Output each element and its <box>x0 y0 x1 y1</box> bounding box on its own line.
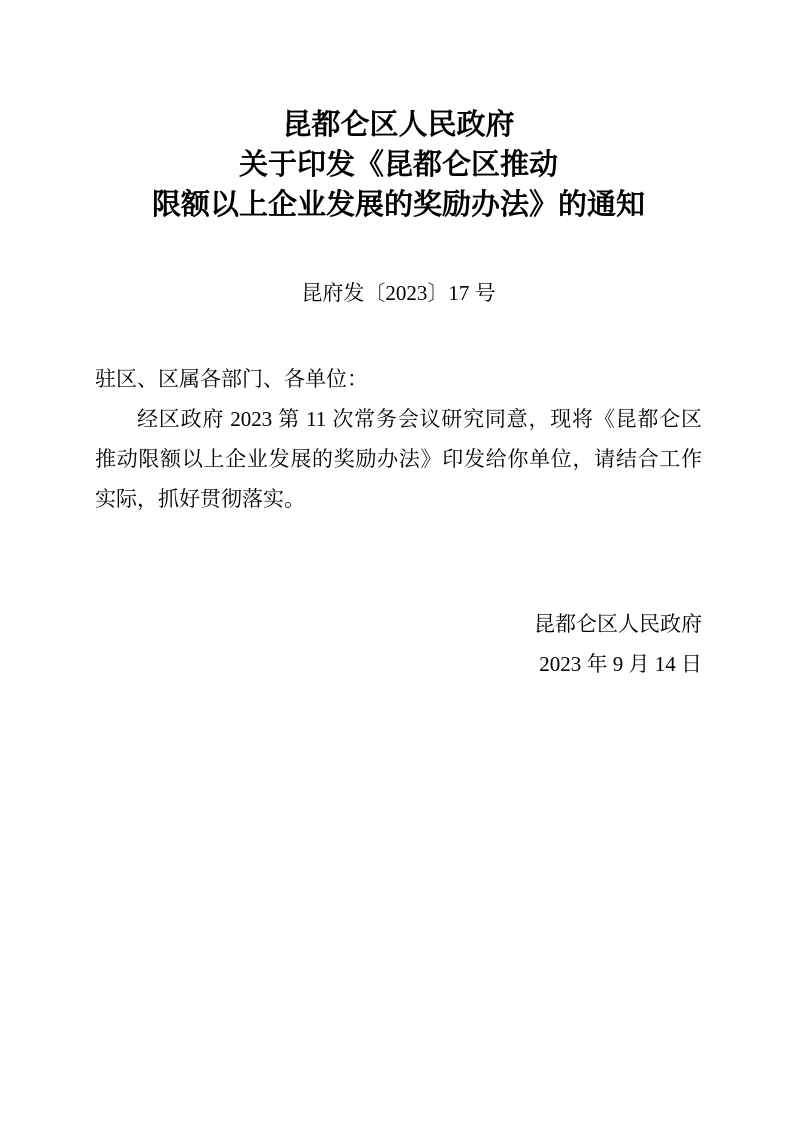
document-body: 驻区、区属各部门、各单位： 经区政府 2023 第 11 次常务会议研究同意，现… <box>95 359 702 519</box>
signature-date: 2023 年 9 月 14 日 <box>95 644 702 684</box>
signature-issuer: 昆都仑区人民政府 <box>95 604 702 644</box>
signature-block: 昆都仑区人民政府 2023 年 9 月 14 日 <box>95 604 702 684</box>
title-line-2: 关于印发《昆都仑区推动 <box>95 145 702 185</box>
salutation: 驻区、区属各部门、各单位： <box>95 359 702 399</box>
title-line-3: 限额以上企业发展的奖励办法》的通知 <box>95 185 702 225</box>
document-page: 昆都仑区人民政府 关于印发《昆都仑区推动 限额以上企业发展的奖励办法》的通知 昆… <box>0 0 793 1122</box>
body-paragraph: 经区政府 2023 第 11 次常务会议研究同意，现将《昆都仑区推动限额以上企业… <box>95 399 702 519</box>
title-line-1: 昆都仑区人民政府 <box>95 105 702 145</box>
document-number: 昆府发〔2023〕17 号 <box>95 273 702 313</box>
document-title: 昆都仑区人民政府 关于印发《昆都仑区推动 限额以上企业发展的奖励办法》的通知 <box>95 105 702 225</box>
